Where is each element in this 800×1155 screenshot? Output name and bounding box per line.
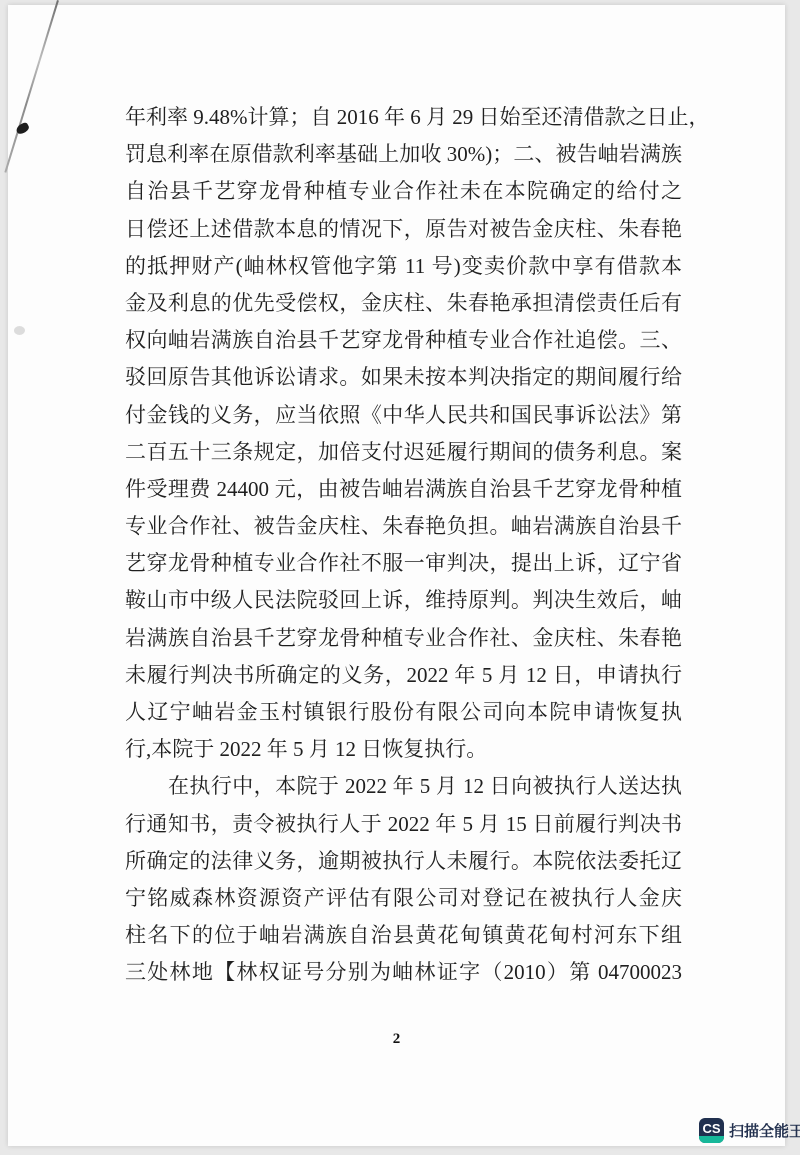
camscanner-watermark: CS 扫描全能王 <box>699 1118 800 1143</box>
camscanner-icon: CS <box>699 1118 724 1143</box>
text-line: 的抵押财产(岫林权管他字第 11 号)变卖价款中享有借款本 <box>125 248 682 285</box>
paragraph-execution: 在执行中，本院于 2022 年 5 月 12 日向被执行人送达执 行通知书，责令… <box>125 768 682 991</box>
camscanner-icon-letters: CS <box>699 1119 724 1139</box>
text-line: 岩满族自治县千艺穿龙骨种植专业合作社、金庆柱、朱春艳 <box>125 620 682 657</box>
text-line: 艺穿龙骨种植专业合作社不服一审判决，提出上诉，辽宁省 <box>125 545 682 582</box>
text-line: 人辽宁岫岩金玉村镇银行股份有限公司向本院申请恢复执 <box>125 694 682 731</box>
text-line: 在执行中，本院于 2022 年 5 月 12 日向被执行人送达执 <box>125 768 682 805</box>
scan-artifact-smudge <box>14 326 25 335</box>
text-line: 二百五十三条规定，加倍支付迟延履行期间的债务利息。案 <box>125 434 682 471</box>
text-line: 行通知书，责令被执行人于 2022 年 5 月 15 日前履行判决书 <box>125 806 682 843</box>
text-line: 鞍山市中级人民法院驳回上诉，维持原判。判决生效后，岫 <box>125 582 682 619</box>
text-line: 所确定的法律义务，逾期被执行人未履行。本院依法委托辽 <box>125 843 682 880</box>
text-line: 驳回原告其他诉讼请求。如果未按本判决指定的期间履行给 <box>125 359 682 396</box>
text-line: 付金钱的义务，应当依照《中华人民共和国民事诉讼法》第 <box>125 397 682 434</box>
text-line: 柱名下的位于岫岩满族自治县黄花甸镇黄花甸村河东下组 <box>125 917 682 954</box>
text-line: 三处林地【林权证号分别为岫林证字（2010）第 04700023 <box>125 954 682 991</box>
text-line: 专业合作社、被告金庆柱、朱春艳负担。岫岩满族自治县千 <box>125 508 682 545</box>
text-line: 年利率 9.48%计算；自 2016 年 6 月 29 日始至还清借款之日止， <box>125 99 682 136</box>
text-line: 日偿还上述借款本息的情况下，原告对被告金庆柱、朱春艳 <box>125 211 682 248</box>
page-number: 2 <box>8 1031 785 1048</box>
text-line: 权向岫岩满族自治县千艺穿龙骨种植专业合作社追偿。三、 <box>125 322 682 359</box>
text-line: 件受理费 24400 元，由被告岫岩满族自治县千艺穿龙骨种植 <box>125 471 682 508</box>
document-body: 年利率 9.48%计算；自 2016 年 6 月 29 日始至还清借款之日止， … <box>125 99 682 992</box>
paragraph-judgment: 年利率 9.48%计算；自 2016 年 6 月 29 日始至还清借款之日止， … <box>125 99 682 768</box>
text-line: 自治县千艺穿龙骨种植专业合作社未在本院确定的给付之 <box>125 173 682 210</box>
text-line: 宁铭威森林资源资产评估有限公司对登记在被执行人金庆 <box>125 880 682 917</box>
text-line: 罚息利率在原借款利率基础上加收 30%)；二、被告岫岩满族 <box>125 136 682 173</box>
text-line: 金及利息的优先受偿权，金庆柱、朱春艳承担清偿责任后有 <box>125 285 682 322</box>
scan-page: 年利率 9.48%计算；自 2016 年 6 月 29 日始至还清借款之日止， … <box>8 5 785 1146</box>
scanned-document-screenshot: { "doc": { "page_number": "2", "paragrap… <box>0 0 800 1155</box>
text-line: 未履行判决书所确定的义务，2022 年 5 月 12 日，申请执行 <box>125 657 682 694</box>
camscanner-label: 扫描全能王 <box>729 1120 800 1141</box>
text-line: 行,本院于 2022 年 5 月 12 日恢复执行。 <box>125 731 682 768</box>
